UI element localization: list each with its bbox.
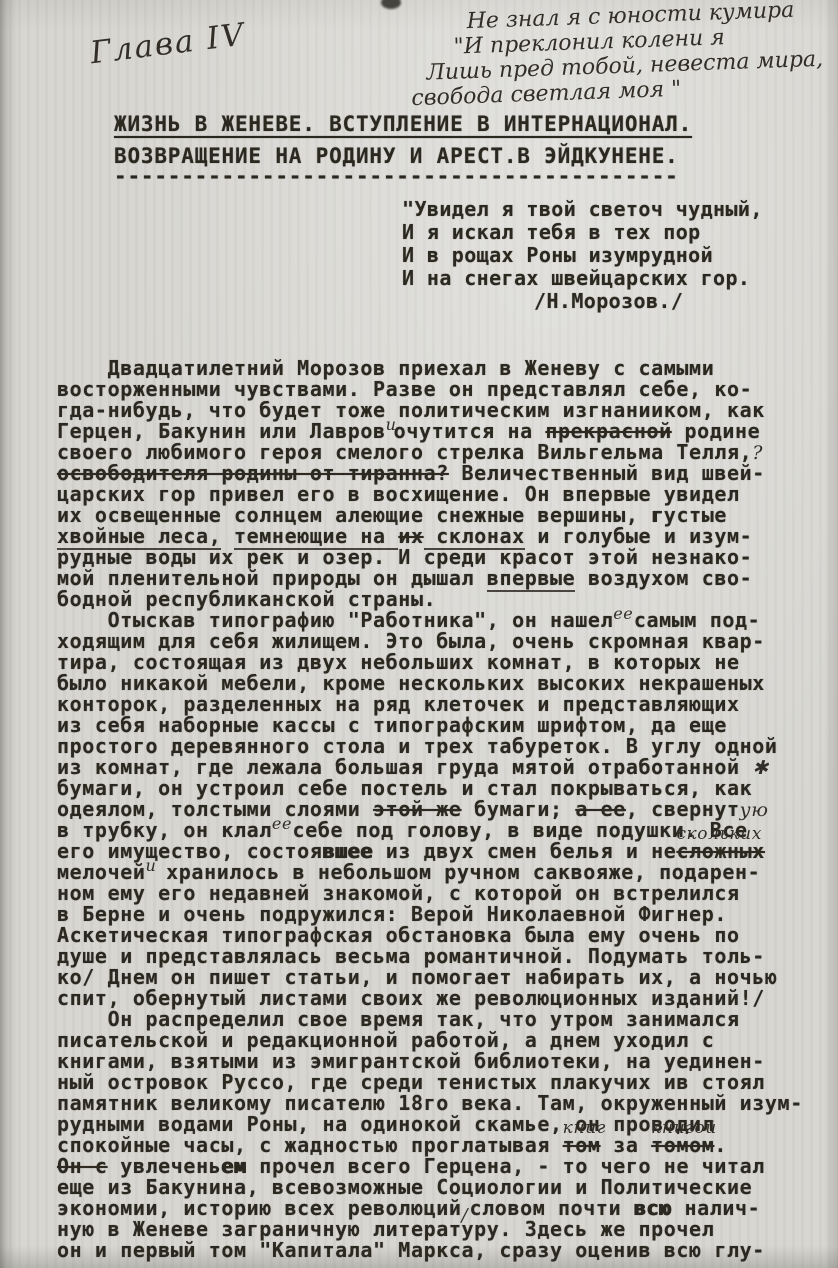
hand-underlined-text: темнеющие на: [234, 524, 398, 548]
body-line: Аскетическая типографская обстановка был…: [57, 925, 832, 946]
verse-note-handwritten: Не знал я с юности кумира"И преклонил ко…: [390, 0, 838, 112]
body-line: бумаги, он устроил себе постель и стал п…: [57, 778, 832, 799]
document-page: Глава IV Не знал я с юности кумира"И пре…: [0, 0, 838, 1268]
body-line: ном ему его недавней знакомой, с которой…: [57, 883, 832, 904]
body-line: ходящим для себя жилищем. Это была, очен…: [57, 631, 832, 652]
handwritten-insertion: и: [146, 855, 154, 876]
body-line: ный островок Руссо, где среди тенистых п…: [57, 1072, 832, 1093]
body-line: Он с увлеченьем прочел всего Герцена, - …: [57, 1156, 832, 1177]
body-line: конторок, разделенных на ряд клеточек и …: [57, 694, 832, 715]
overtyped-text: ем: [221, 1154, 246, 1178]
handwritten-insertion: ее: [272, 813, 280, 834]
handwritten-correction: ?: [752, 442, 763, 464]
body-line: бодной республиканской страны.: [57, 589, 832, 610]
body-line: царских гор привел его в восхищение. Он …: [57, 484, 832, 505]
handwritten-mark: /: [462, 1205, 470, 1226]
handwritten-correction: скольких: [676, 824, 761, 845]
body-line: тира, состоящая из двух небольших комнат…: [57, 652, 832, 673]
body-line: его имущество, состоявшее из двух смен б…: [57, 841, 832, 862]
body-line: мелочейи хранилось в небольшом ручном са…: [57, 862, 832, 883]
body-line: было никакой мебели, кроме нескольких вы…: [57, 673, 832, 694]
body-line: рудные воды их рек и озер. И среди красо…: [57, 547, 832, 568]
heading: ЖИЗНЬ В ЖЕНЕВЕ. ВСТУПЛЕНИЕ В ИНТЕРНАЦИОН…: [114, 112, 692, 188]
body-line: он и первый том "Капитала" Маркса, сразу…: [57, 1240, 832, 1261]
handwritten-correction: ✱: [752, 757, 769, 779]
epigraph-lines: "Увидел я твой светоч чудный,И я искал т…: [402, 198, 763, 290]
heading-underline: ----------------------------------------…: [114, 164, 692, 188]
body-line: простого деревянного стола и трех табуре…: [57, 736, 832, 757]
body-line: их освещенные солнцем алеющие снежные ве…: [57, 505, 832, 526]
body-line: ную в Женеве заграничную литературу. Зде…: [57, 1219, 832, 1240]
chapter-note-handwritten: Глава IV: [88, 17, 247, 72]
body-line: Он распределил свое время так, что утром…: [57, 1009, 832, 1030]
handwritten-insertion: ее: [613, 603, 621, 624]
body-line: экономии, историю всех революций/словом …: [57, 1198, 832, 1219]
handwritten-correction: книг: [563, 1118, 606, 1139]
body-line: своего любимого героя смелого стрелка Ви…: [57, 442, 832, 463]
strikethrough-text: томомкнигой: [651, 1135, 714, 1156]
handwritten-correction: ую: [740, 799, 769, 821]
handwritten-insertion: и: [386, 414, 394, 435]
body-line: книгами, взятыми из эмигрантской библиот…: [57, 1051, 832, 1072]
body-line: спокойные часы, с жадностью проглатывая …: [57, 1135, 832, 1156]
ink-blot: [381, 0, 401, 9]
strikethrough-text: сложныхскольких: [676, 841, 765, 862]
body-line: гда-нибудь, что будет тоже политическим …: [57, 400, 832, 421]
hand-underlined-text: впервые: [487, 566, 576, 590]
handwritten-correction: книгой: [651, 1118, 717, 1139]
hand-underlined-text: хвойные леса,: [57, 524, 221, 548]
strikethrough-text: их: [398, 526, 423, 547]
body-line: Герцен, Бакунин или Лавровиочутится на п…: [57, 421, 832, 442]
body-line: восторженными чувствами. Разве он предст…: [57, 379, 832, 400]
body-line: из себя наборные кассы с типографским шр…: [57, 715, 832, 736]
body-line: Отыскав типографию "Работника", он нашел…: [57, 610, 832, 631]
body-line: памятник великому писателю 18го века. Та…: [57, 1093, 832, 1114]
body-line: душе и представлялась весьма романтичной…: [57, 946, 832, 967]
epigraph-line: И на снегах швейцарских гор.: [402, 267, 763, 290]
body-line: освободителя родины от тиранна? Величест…: [57, 463, 832, 484]
strikethrough-text: томкниг: [563, 1135, 601, 1156]
overtyped-text: г: [651, 503, 664, 527]
overtyped-text: всю: [634, 1196, 672, 1220]
body-line: в Берне и очень подружился: Верой Никола…: [57, 904, 832, 925]
body-line: спит, обернутый листами своих же революц…: [57, 988, 832, 1009]
body-line: еще из Бакунина, всевозможные Социологии…: [57, 1177, 832, 1198]
body-line: одеялом, толстыми слоями этой же бумаги;…: [57, 799, 832, 820]
strikethrough-text: Он с: [57, 1156, 108, 1177]
typed-superscript: го: [424, 1091, 449, 1115]
hand-underlined-text: склонах: [424, 524, 525, 548]
strikethrough-text: этой же: [373, 799, 462, 820]
body-line: Двадцатилетний Морозов приехал в Женеву …: [57, 358, 832, 379]
body-line: писательской и редакционной работой, а д…: [57, 1030, 832, 1051]
body-line: из комнат, где лежала большая груда мято…: [57, 757, 832, 778]
body-text: Двадцатилетний Морозов приехал в Женеву …: [57, 358, 832, 1261]
strikethrough-text: прекрасной: [545, 421, 671, 442]
epigraph: "Увидел я твой светоч чудный,И я искал т…: [402, 198, 763, 313]
epigraph-line: "Увидел я твой светоч чудный,: [402, 198, 763, 221]
epigraph-attribution: /Н.Морозов./: [534, 290, 763, 313]
heading-line-1: ЖИЗНЬ В ЖЕНЕВЕ. ВСТУПЛЕНИЕ В ИНТЕРНАЦИОН…: [114, 112, 692, 136]
strikethrough-text: освободителя родины от тиранна?: [57, 463, 449, 484]
body-line: хвойные леса, темнеющие на их склонах и …: [57, 526, 832, 547]
body-line: мой пленительной природы он дышал впервы…: [57, 568, 832, 589]
epigraph-line: И в рощах Роны изумрудной: [402, 244, 763, 267]
body-line: ко/ Днем он пишет статьи, и помогает наб…: [57, 967, 832, 988]
strikethrough-text: а ее: [575, 799, 626, 820]
epigraph-line: И я искал тебя в тех пор: [402, 221, 763, 244]
overtyped-text: вшее: [322, 839, 373, 863]
